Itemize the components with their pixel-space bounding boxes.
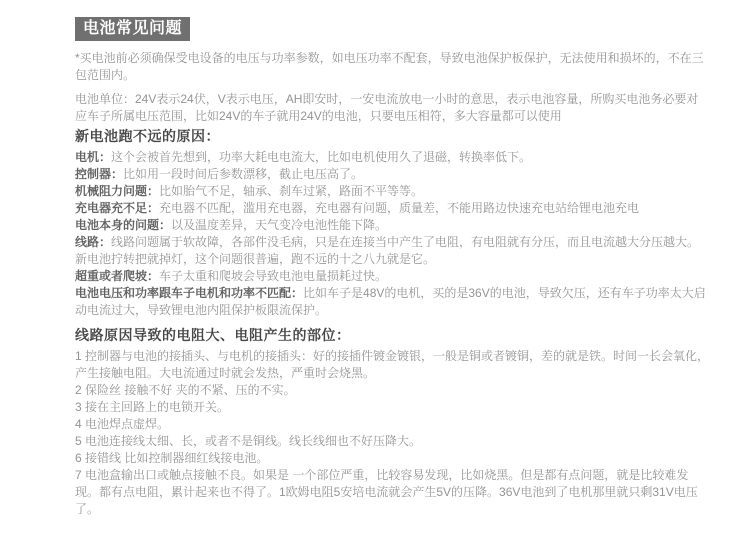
cause-label: 控制器： — [75, 167, 123, 181]
cause-label: 机械阻力问题： — [75, 184, 159, 198]
section-heading-resistance-locations: 线路原因导致的电阻大、电阻产生的部位： — [75, 326, 710, 348]
page-title: 电池常见问题 — [75, 17, 190, 41]
cause-text: 车子太重和爬坡会导致电池电量损耗过快。 — [159, 269, 387, 283]
section-new-battery-range: 新电池跑不远的原因： 电机：这个会被首先想到，功率大耗电电流大，比如电机使用久了… — [75, 127, 710, 319]
list-item-4: 4 电池焊点虚焊。 — [75, 416, 710, 433]
cause-item-wiring: 线路：线路问题属于软故障，各部件没毛病，只是在连接当中产生了电阻，有电阻就有分压… — [75, 234, 710, 268]
battery-unit-note: 电池单位：24V表示24伏，V表示电压，AH即安时，一安电流放电一小时的意思，表… — [75, 91, 710, 125]
cause-label: 电池本身的问题： — [75, 218, 171, 232]
document-page: 电池常见问题 *买电池前必须确保受电设备的电压与功率参数，如电压功率不配套，导致… — [0, 0, 750, 555]
cause-text: 这个会被首先想到，功率大耗电电流大，比如电机使用久了退磁，转换率低下。 — [111, 150, 531, 164]
section-heading-new-battery-range: 新电池跑不远的原因： — [75, 127, 710, 149]
cause-text: 线路问题属于软故障，各部件没毛病，只是在连接当中产生了电阻，有电阻就有分压，而且… — [75, 235, 699, 266]
cause-label: 线路： — [75, 235, 111, 249]
cause-label: 超重或者爬坡： — [75, 269, 159, 283]
list-item-2: 2 保险丝 接触不好 夹的不紧、压的不实。 — [75, 382, 710, 399]
list-item-3: 3 接在主回路上的电锁开关。 — [75, 399, 710, 416]
cause-item-battery-itself: 电池本身的问题：以及温度差异，天气变冷电池性能下降。 — [75, 217, 710, 234]
list-item-1: 1 控制器与电池的接插头、与电机的接插头：好的接插件镀金镀银，一般是铜或者镀铜，… — [75, 348, 710, 382]
cause-item-motor: 电机：这个会被首先想到，功率大耗电电流大，比如电机使用久了退磁，转换率低下。 — [75, 149, 710, 166]
battery-faq-document: 电池常见问题 *买电池前必须确保受电设备的电压与功率参数，如电压功率不配套，导致… — [0, 0, 750, 538]
cause-item-overweight: 超重或者爬坡：车子太重和爬坡会导致电池电量损耗过快。 — [75, 268, 710, 285]
cause-label: 电机： — [75, 150, 111, 164]
cause-text: 比如胎气不足，轴承、刹车过紧，路面不平等等。 — [159, 184, 423, 198]
warranty-note: *买电池前必须确保受电设备的电压与功率参数，如电压功率不配套，导致电池保护板保护… — [75, 50, 710, 84]
cause-item-mechanical: 机械阻力问题：比如胎气不足，轴承、刹车过紧，路面不平等等。 — [75, 183, 710, 200]
section-resistance-locations: 线路原因导致的电阻大、电阻产生的部位： 1 控制器与电池的接插头、与电机的接插头… — [75, 326, 710, 518]
list-item-5: 5 电池连接线太细、长，或者不是铜线。线长线细也不好压降大。 — [75, 433, 710, 450]
cause-text: 充电器不匹配，滥用充电器，充电器有问题，质量差，不能用路边快速充电站给锂电池充电 — [159, 201, 639, 215]
list-item-6: 6 接错线 比如控制器细红线接电池。 — [75, 450, 710, 467]
cause-label: 电池电压和功率跟车子电机和功率不匹配： — [75, 286, 303, 300]
cause-text: 以及温度差异，天气变冷电池性能下降。 — [171, 218, 387, 232]
cause-label: 充电器充不足： — [75, 201, 159, 215]
cause-item-controller: 控制器：比如用一段时间后参数漂移，截止电压高了。 — [75, 166, 710, 183]
list-item-7: 7 电池盒输出口或触点接触不良。如果是 一个部位严重，比较容易发现，比如烧黑。但… — [75, 467, 710, 518]
cause-item-charger: 充电器充不足：充电器不匹配，滥用充电器，充电器有问题，质量差，不能用路边快速充电… — [75, 200, 710, 217]
cause-item-voltage-mismatch: 电池电压和功率跟车子电机和功率不匹配：比如车子是48V的电机，买的是36V的电池… — [75, 285, 710, 319]
cause-text: 比如用一段时间后参数漂移，截止电压高了。 — [123, 167, 363, 181]
